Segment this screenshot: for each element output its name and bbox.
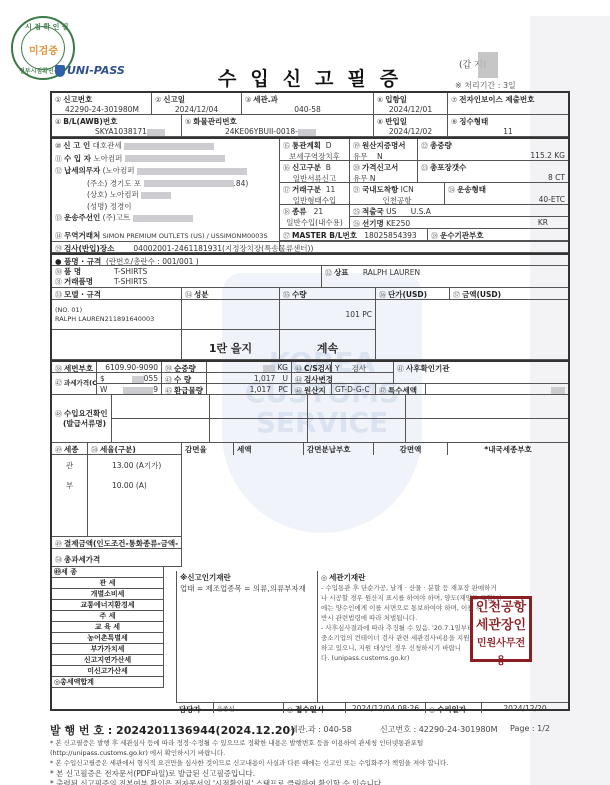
requirement-slot [406,395,568,419]
net-weight-label: ㊴순중량 [162,362,207,373]
field-num: ㊳ [55,365,62,373]
tax-totals-header: ㊾세 종 [52,567,164,578]
trading-partner: SIMON PREMIUM OUTLETS (US) / USSIMONM000… [103,232,268,240]
field-num: ㊽ [55,410,62,418]
field-num: ㊵ [295,365,302,373]
model-spec: RALPH LAUREN211891640003 [55,315,178,324]
currency-symbol: $ [100,374,105,383]
col-unit-price: ㊱단가(USD) [376,288,450,300]
field-num: ㉜ [325,269,332,277]
accepted-date: 2024/12/20 [503,704,546,713]
continued-label: 1란 을지 [185,340,276,356]
price-amount-cell [376,300,568,360]
requirement-slot [112,395,210,419]
field-label: 상표 [334,268,349,277]
bl-no-cell: ④B/L(AWB)번호 SKYA1038171 [52,115,182,137]
item-trade-name: T-SHIRTS [114,277,147,286]
decl-type-cell: ⑯신고구분 B 일반서류신고 [280,161,350,183]
total-taxable-label: ㊿총과세가격 [52,549,182,567]
footer-note: * 본 수입신고필증은 세관에서 형식적 요건만을 심사한 것이므로 신고내용이… [50,759,570,768]
col-model: ㉝모델 · 규격 [52,288,182,300]
field-label: 무역거래처 [64,231,100,240]
field-label: 운송주선인 [64,213,100,222]
clearance-plan-cell: ⑮통관계획 D 보세구역장치후 [280,139,350,161]
footer-note: * 본 신고필증은 전자문서(PDF파일)로 발급된 신고필증입니다. [50,769,570,778]
redacted-text [144,180,234,187]
field-num: ㉟ [283,291,290,299]
tax-type: 부 [55,476,84,496]
item-name-cell: ㉚품 명T-SHIRTS ㉛거래품명T-SHIRTS [52,266,322,288]
column-header: 단가(USD) [388,290,427,299]
origin-label: ㊻원산지 [292,384,332,395]
cargo-no-cell: ⑤화물관리번호 24KE06YBUII-0018- [182,115,374,137]
field-label: B/L(AWB)번호 [63,117,117,126]
officer-name: 윤종선 [217,706,234,713]
col-composition: ㉞성분 [182,288,280,300]
tax-col-amount: 세액 [234,443,304,455]
field-label: (상호) [87,190,107,199]
field-num: ⑪ [55,155,62,163]
field-label: 적출국 [362,207,384,216]
requirement-slot [210,395,308,419]
field-num: ㉚ [55,268,62,276]
field-code: B [326,163,331,172]
field-num: ㉙ [55,245,62,253]
field-label: 세관.과 [253,95,278,104]
unipass-logo: UNI-PASS [55,64,125,77]
e-invoice-cell: ⑦전자인보이스 제출번호 [448,93,568,115]
packages: 8 CT [421,173,565,182]
taxpayer-representative: 정경이 [110,202,132,211]
item-line-count: (란번호/총란수 : 001/001 ) [106,257,199,266]
export-country-cell: ㉕적출국 US U.S.A [350,205,568,217]
field-label: 통관계획 [292,141,321,150]
field-num: ◎ [287,706,293,713]
currency-symbol: W [100,385,107,394]
field-sublabel: (발급서류명) [55,419,108,429]
field-num: ㉗ [283,232,290,240]
customs-official-stamp: 인천공항 세관장인 민원사무전용 [470,596,532,662]
field-num: ㊸ [165,376,172,384]
master-bl-cell: ㉗MASTER B/L번호 18025854393 [280,229,428,241]
field-label: 가격신고서 [362,163,398,172]
requirement-slot [112,419,210,443]
field-label: (성명) [87,202,107,211]
field-num: ㊻ [295,387,302,395]
field-value: 유무 [353,152,368,161]
tax-col-exempt-amount: 감면액 [374,443,448,455]
column-header: 성분 [194,290,209,299]
field-num: ㊶ [397,365,404,373]
field-num: ⑤ [185,118,191,126]
field-label: 특수세액 [388,386,417,395]
tax-total-item: 관 세 [52,578,164,589]
field-label: 입항일 [385,95,407,104]
field-label: 거래품명 [64,277,114,287]
top-margin [0,0,610,16]
processing-period: ※ 처리기간 : 3일 [455,80,516,91]
model-cell: (NO. 01) RALPH LAUREN211891640003 [52,300,182,330]
collection-type-cell: ⑨징수형태 11 [448,115,568,137]
origin-cell: GT-D-G-C [332,384,376,395]
inspection-place-cell: ㉙검사(반입)장소 04002001-2461181931(지정장치장(특송물류… [52,241,568,253]
requirement-label: ㊽수입요건확인 (발급서류명) [52,395,112,443]
field-code: ICN [401,185,414,194]
transport-cell: ㉔운송형태 40-ETC [445,183,568,205]
taxable-usd-cell: $055 [97,373,162,384]
tax-total-item: 교 육 세 [52,622,164,633]
column-header: 수량 [292,290,307,299]
field-num: ㉓ [421,164,428,172]
gross-weight: 115.2 KG [421,151,565,160]
field-code: 21 [314,207,324,216]
customs-note-line: - 수입통관 후 단순가공, 날개 · 산물 · 분할 등 재포장 판매하거 [321,583,565,593]
footer-note: (http://unipass.customs.go.kr) 에서 확인하시기 … [50,749,570,758]
tax-rate: 13.00 (A기가) [112,456,178,476]
refund-unit: PC [278,385,288,394]
gross-weight-cell: ㉒총중량 115.2 KG [418,139,568,161]
customs-office-cell: ③세관.과 040-58 [242,93,374,115]
declarant-notes-text: 업태 = 제조업종목 = 의류,의류부자재 [180,583,314,594]
redacted-text [551,387,565,394]
field-num: ㊱ [379,291,386,299]
continued-left: 1란 을지 [182,330,280,360]
tax-total-item: 농어촌특별세 [52,633,164,644]
transport: 40-ETC [448,195,565,204]
trade-type-cell: ⑰거래구분 11 일반형태수입 [280,183,350,205]
packages-cell: ㉓총포장갯수 8 CT [418,161,568,183]
arrival-date: 2024/12/01 [377,105,444,114]
customs-office: 040-58 [245,105,370,114]
field-label: 국내도착항 [362,185,398,194]
field-label: 종류 [292,207,307,216]
origin-country: GT-D-G-C [335,385,370,394]
field-num: ③ [245,96,251,104]
col-amount: ㊲금액(USD) [450,288,568,300]
field-num: ② [155,96,161,104]
column-header: 금액(USD) [462,290,501,299]
brand-text: UNI-PASS [67,64,125,77]
document-footer: 발 행 번 호 : 2024201136944(2024.12.20) 세관.과… [50,722,570,785]
footer-customs: 세관.과 : 040-58 [290,724,352,735]
field-num: ◎ [429,706,435,713]
field-num: ㊾ [55,446,62,454]
address-suffix: .84) [234,179,249,188]
field-code: 11 [326,185,336,194]
refund-qty-cell: 1,017 PC [207,384,292,395]
tax-rate: 10.00 (A) [112,476,178,496]
field-label: 신고구분 [292,163,321,172]
field-label: 수입요건확인 [64,409,107,418]
field-num: ⑫ [55,167,62,175]
tax-total-sum-label: ◎총세액합계 [52,677,164,688]
field-label: 과세가격(CIF) [64,379,97,387]
field-num: ㊿ [91,446,98,454]
tax-type: 관 [55,456,84,476]
item-header-label: ● 품명 · 규격 [55,257,101,266]
field-num: ⑬ [55,214,62,222]
field-label: 검사변경 [304,375,333,384]
received-datetime: 2024/12/04 08:26 [352,704,419,713]
received-cell: 2024/12/04 08:26 [346,703,426,713]
brand-cell: ㉜상표 RALPH LAUREN [322,266,568,288]
field-num: ㉕ [353,208,360,216]
field-num: ㊴ [165,365,172,373]
item-quantity: 101 PC [283,310,372,319]
footer-decl-no: 신고번호 : 42290-24-301980M [380,724,498,735]
brand-name: RALPH LAUREN [363,268,420,277]
field-label: 수 량 [174,375,191,384]
field-num: ㉝ [55,291,62,299]
field-label: 납세의무자 [64,166,100,175]
redacted-text [137,168,247,175]
taxpayer-company: 노아컴퍼 [110,190,139,199]
field-value: 유무 [353,174,368,183]
master-bl: 18025854393 [364,231,417,240]
field-label: 반입일 [385,117,407,126]
trade-type: 일반형태수입 [283,195,346,205]
importer-name: 노아컴퍼 [93,154,122,163]
quantity-value-cell: 1,017 U [207,373,292,384]
declaration-date-cell: ②신고일 2024/12/04 [152,93,242,115]
arrival-date-cell: ⑥입항일 2024/12/01 [374,93,448,115]
arrival-port: 인천공항 [353,195,441,205]
footer-notes: * 본 신고필증은 발행 후 세관심사 등에 따라 정정·수정될 수 있으므로 … [50,739,570,785]
item-name: T-SHIRTS [114,267,147,276]
import-date-cell: ⑧반입일 2024/12/02 [374,115,448,137]
field-num: ⑧ [377,118,383,126]
redacted-text [125,155,225,162]
field-num: ㉔ [448,186,455,194]
stamp-line: 민원사무전용 [473,635,529,671]
tax-total-item: 신고지연가산세 [52,655,164,666]
post-check-cell: ㊶사후확인기관 [394,362,568,384]
field-label: 선기명 [362,219,384,228]
column-header: 세종 [64,445,79,454]
price-decl-code: N [370,174,376,183]
copy-label: (갑 지) [459,52,498,78]
payment-amount-label: ㊾결제금액(인도조건-통화종류-금액- [52,537,182,549]
redacted-text [263,365,275,372]
officer-label: 담당자 [176,703,214,713]
field-label: 운수기관부호 [440,231,483,240]
taxable-value-label: ㊷과세가격(CIF) [52,373,97,395]
field-label: 담당자 [179,705,201,713]
field-label: 접수일시 [295,705,324,713]
quantity-unit: U [283,374,289,383]
tax-col-rate: ㊿세율(구분) [88,443,182,455]
field-num: ㉞ [185,291,192,299]
field-num: ㊲ [453,291,460,299]
field-num: ⑲ [353,142,360,150]
vessel-cell: ㉖선기명 KE250KR [350,217,568,229]
inspection-place: 04002001-2461181931(지정장치장(특송물류센터)) [133,244,313,253]
field-num: ⑱ [283,208,290,216]
accepted-label: ◎수리일자 [426,703,482,713]
field-label: 징수형태 [459,117,488,126]
origin-cert-code: N [377,152,383,161]
field-num: ⑭ [55,232,62,240]
taxable-usd: 055 [144,374,158,383]
hs-code: 6109.90-9090 [105,363,158,372]
field-num: ① [55,96,61,104]
origin-cert-cell: ⑲원산지증명서 유무 N [350,139,418,161]
decl-type: 일반서류신고 [283,173,346,183]
special-tax-label: ㊼특수세액 [376,384,426,395]
field-num: ㊹ [295,376,302,384]
clearance-plan: 보세구역장치후 [283,151,346,161]
requirement-slot [308,395,406,419]
redacted-text [141,192,171,199]
field-num: ㊺ [165,387,172,395]
field-label: 수리일자 [437,705,466,713]
cs-inspection-code: Y [335,364,340,373]
tax-total-item: 미신고가산세 [52,666,164,677]
field-label: 사후확인기관 [406,364,449,373]
net-weight-cell: KG [207,362,292,373]
cs-inspection: 검사 [352,364,367,373]
field-label: 결제금액(인도조건-통화종류-금액- [64,539,178,548]
declarant-name: 대호관세 [93,141,122,150]
field-num: ㉑ [353,186,360,194]
declarant-notes: ※신고인기재란 업태 = 제조업종목 = 의류,의류부자재 [176,571,318,703]
field-label: MASTER B/L번호 [292,231,357,240]
cargo-no: 24KE06YBUII-0018- [225,127,298,136]
import-date: 2024/12/02 [377,127,444,136]
field-label: 운송형태 [457,185,486,194]
field-num: ⑩ [55,142,61,150]
cs-inspection-label: ㊵C/S검사 [292,362,332,373]
officer-cell: 윤종선 [214,703,284,713]
taxable-krw: 9 [153,385,158,394]
taxpayer-address: 경기도 포 [110,179,141,188]
inspection-change-cell: ㊹검사변경 [292,373,394,384]
item-header: ● 품명 · 규격 (란번호/총란수 : 001/001 ) [52,255,568,266]
field-num: ⑮ [283,142,290,150]
field-label: 신 고 인 [63,141,90,150]
footer-note: * 본 신고필증은 발행 후 세관심사 등에 따라 정정·수정될 수 있으므로 … [50,739,570,748]
redacted-text [123,387,153,394]
tax-quantity: 1,017 [254,374,275,383]
field-label: 환급물량 [174,386,203,395]
tax-type-col: 관 부 [52,455,88,537]
redacted-text [132,376,144,383]
field-label: 총과세가격 [64,555,100,564]
hs-code-cell: 6109.90-9090 [97,362,162,373]
declarant-notes-title: ※신고인기재란 [180,572,314,583]
field-label: 화물관리번호 [193,117,236,126]
field-num: ㉖ [353,220,360,228]
accepted-cell: 2024/12/20 [482,703,568,713]
bl-no: SKYA1038171 [95,127,147,136]
requirement-slot [308,419,406,443]
field-num: ⑯ [283,164,290,172]
model-number: (NO. 01) [55,306,178,315]
qr-code-icon [478,52,498,78]
stamp-line: 인천공항 [473,599,529,617]
vessel: KR [538,218,548,227]
field-num: ⑳ [353,164,360,172]
declaration-no: 42290-24-301980M [55,105,148,114]
field-num: ⑰ [283,186,290,194]
field-label: 수 입 자 [64,154,91,163]
tax-total-item: 개별소비세 [52,589,164,600]
footer-note: * 출력된 신고필증의 진본여부 확인은 전자문서의 '시점확인필' 스탬프로 … [50,779,570,785]
carrier-code-cell: ㉘운수기관부호 [428,229,568,241]
tax-total-item: 교통에너지환경세 [52,600,164,611]
field-num: ㉒ [421,142,428,150]
field-label: 신고번호 [63,95,92,104]
export-country: U.S.A [411,207,431,216]
customs-notes-title: 세관기재란 [329,573,365,582]
tax-total-item: 부가가치세 [52,644,164,655]
kind: 일반수입(내수용) [283,217,346,228]
column-header: *내국세종부호 [484,445,531,454]
field-code: US [386,207,396,216]
field-num: ㉘ [431,232,438,240]
field-label: (주소) [87,179,107,188]
column-header: 감면율 [185,445,207,454]
field-num: ㊷ [55,379,62,387]
field-label: 총포장갯수 [430,163,466,172]
tax-totals-list: ㊾세 종관 세개별소비세교통에너지환경세주 세교 육 세농어촌특별세부가가치세신… [52,567,164,688]
field-num: ㊾ [55,540,62,548]
tax-total-item: 주 세 [52,611,164,622]
redacted-text [147,129,165,136]
column-header: 모델 · 규격 [64,290,101,299]
refund-qty: 1,017 [250,385,271,394]
field-num: ㊼ [379,387,386,395]
seal-top-text: 시 점 확 인 필 [25,22,69,32]
taxable-krw-cell: W9 [97,384,162,395]
declaration-no-cell: ①신고번호 42290-24-301980M [52,93,152,115]
field-num: ④ [55,118,61,126]
field-label: 원산지증명서 [362,141,405,150]
field-label: 전자인보이스 제출번호 [459,95,534,104]
kind-cell: ⑱종류 21 일반수입(내수용) [280,205,350,229]
received-label: ◎접수일시 [284,703,346,713]
hs-code-label: ㊳세번부호 [52,362,97,373]
field-num: ◎ [321,574,327,582]
requirement-slot [210,419,308,443]
field-num: ⑦ [451,96,457,104]
redacted-text [133,215,193,222]
field-code: D [326,141,332,150]
model-continued-cell [52,330,182,360]
field-num: ⑥ [377,96,383,104]
stamp-line: 세관장인 [473,617,529,635]
price-decl-cell: ⑳가격신고서 유무 N [350,161,418,183]
field-label: C/S검사 [304,364,332,373]
composition-cell [182,300,280,330]
field-code: KE250 [386,219,410,228]
redacted-text [298,129,316,136]
refund-qty-label: ㊺환급물량 [162,384,207,395]
col-quantity: ㉟수량 [280,288,376,300]
net-weight: KG [277,363,288,372]
field-num: ㊿ [55,556,62,564]
cs-inspection-cell: Y 검사 [332,362,394,373]
quantity-cell: 101 PC [280,300,376,330]
page-indicator: Page : 1/2 [510,724,550,733]
field-label: 거래구분 [292,185,321,194]
quantity-label: ㊸수 량 [162,373,207,384]
continued-right: 계속 [280,330,376,360]
declaration-date: 2024/12/04 [155,105,238,114]
tax-col-domestic-code: *내국세종부호 [448,443,568,455]
column-header: 세율(구분) [100,445,136,454]
tax-col-type: ㊾세종 [52,443,88,455]
